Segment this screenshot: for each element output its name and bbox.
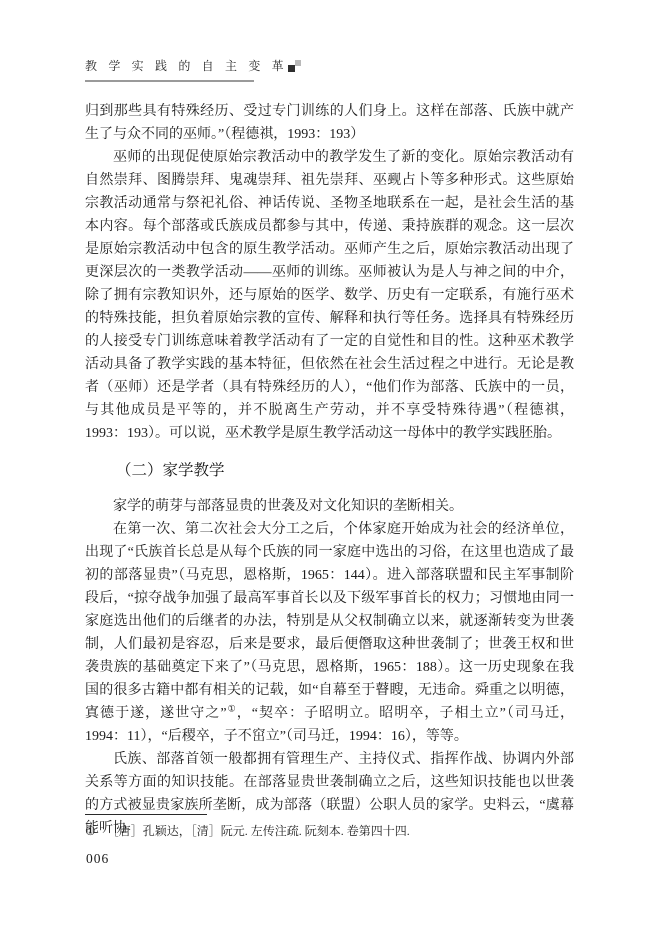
footnote-text: ［唐］孔颖达，［清］阮元. 左传注疏. 阮刻本. 卷第四十四. bbox=[107, 823, 410, 840]
paragraph-shaman-teaching: 巫师的出现促使原始宗教活动中的教学发生了新的变化。原始宗教活动有自然崇拜、图腾崇… bbox=[85, 146, 574, 445]
running-header-title: 教 学 实 践 的 自 主 变 革 bbox=[85, 59, 288, 73]
book-page: 教 学 实 践 的 自 主 变 革 归到那些具有特殊经历、受过专门训练的人们身上… bbox=[0, 0, 661, 925]
square-light-icon bbox=[295, 60, 301, 66]
paragraph-continuation: 归到那些具有特殊经历、受过专门训练的人们身上。这样在部落、氏族中就产生了与众不同… bbox=[85, 100, 574, 146]
square-dark-icon bbox=[288, 65, 295, 72]
paragraph-family-seed: 家学的萌芽与部落显贵的世袭及对文化知识的垄断相关。 bbox=[85, 495, 574, 518]
running-header: 教 学 实 践 的 自 主 变 革 bbox=[85, 59, 254, 82]
paragraph-hereditary-text-1: 在第一次、第二次社会大分工之后，个体家庭开始成为社会的经济单位，出现了“氏族首长… bbox=[85, 522, 574, 721]
section-heading: （二）家学教学 bbox=[85, 459, 574, 482]
footnote: ① ［唐］孔颖达，［清］阮元. 左传注疏. 阮刻本. 卷第四十四. bbox=[85, 823, 574, 840]
footnote-marker: ① bbox=[85, 823, 96, 840]
body-text: 归到那些具有特殊经历、受过专门训练的人们身上。这样在部落、氏族中就产生了与众不同… bbox=[85, 100, 574, 840]
footnote-divider bbox=[85, 814, 207, 815]
paragraph-hereditary: 在第一次、第二次社会大分工之后，个体家庭开始成为社会的经济单位，出现了“氏族首长… bbox=[85, 518, 574, 748]
footnote-reference-marker: ① bbox=[227, 703, 237, 713]
page-number: 006 bbox=[86, 851, 109, 867]
section-squares-icon bbox=[288, 60, 301, 73]
